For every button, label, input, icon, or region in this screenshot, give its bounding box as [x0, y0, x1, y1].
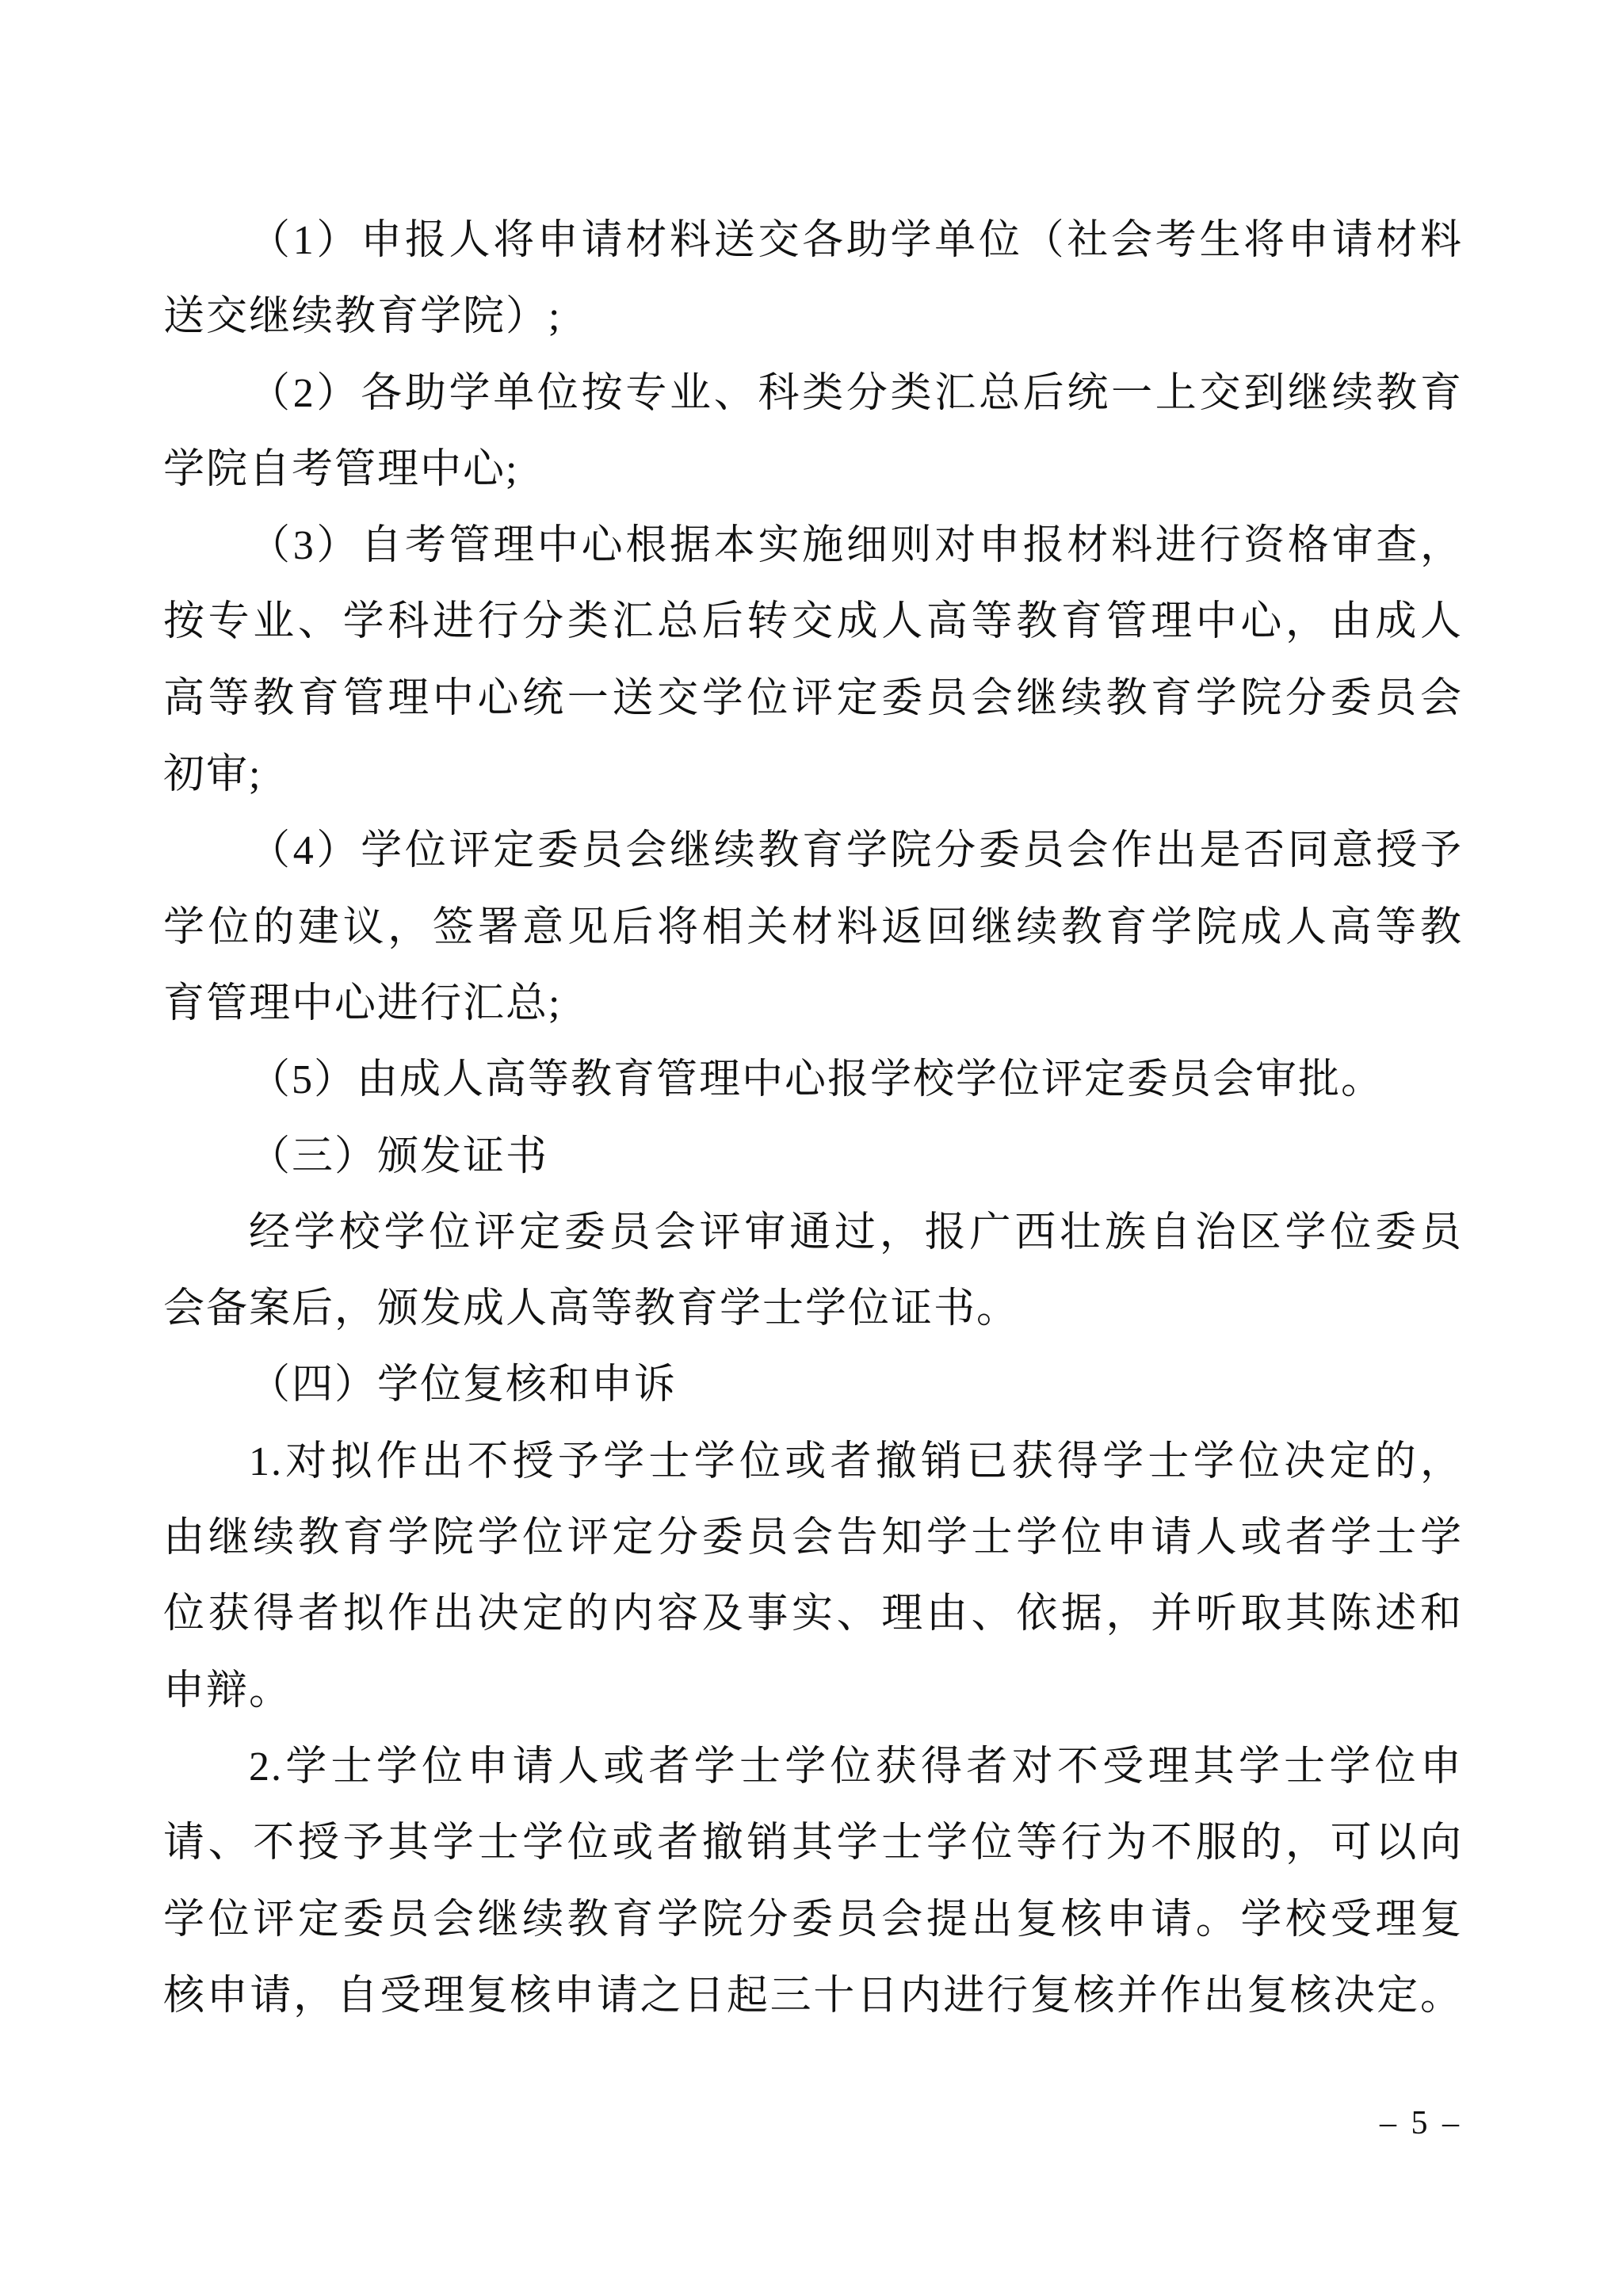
- text-line: （四）学位复核和申诉: [163, 1347, 1463, 1423]
- text-line: 经学校学位评定委员会评审通过，报广西壮族自治区学位委员: [163, 1195, 1463, 1271]
- page-number: – 5 –: [1380, 2104, 1462, 2142]
- text-line: 学位的建议，签署意见后将相关材料返回继续教育学院成人高等教: [163, 890, 1463, 966]
- text-line: 位获得者拟作出决定的内容及事实、理由、依据，并听取其陈述和: [163, 1576, 1463, 1652]
- text-line: （5）由成人高等教育管理中心报学校学位评定委员会审批。: [163, 1042, 1463, 1118]
- text-line: （1）申报人将申请材料送交各助学单位（社会考生将申请材料: [163, 203, 1463, 279]
- text-line: 送交继续教育学院）;: [163, 279, 1463, 355]
- document-body: （1）申报人将申请材料送交各助学单位（社会考生将申请材料 送交继续教育学院）; …: [163, 203, 1463, 2034]
- text-line: 育管理中心进行汇总;: [163, 966, 1463, 1042]
- document-page: （1）申报人将申请材料送交各助学单位（社会考生将申请材料 送交继续教育学院）; …: [0, 0, 1623, 2296]
- text-line: （三）颁发证书: [163, 1119, 1463, 1195]
- text-line: 学位评定委员会继续教育学院分委员会提出复核申请。学校受理复: [163, 1882, 1463, 1958]
- text-line: 学院自考管理中心;: [163, 432, 1463, 508]
- text-line: 会备案后，颁发成人高等教育学士学位证书。: [163, 1271, 1463, 1347]
- text-line: 核申请，自受理复核申请之日起三十日内进行复核并作出复核决定。: [163, 1958, 1463, 2034]
- text-line: 请、不授予其学士学位或者撤销其学士学位等行为不服的，可以向: [163, 1805, 1463, 1881]
- text-line: （3）自考管理中心根据本实施细则对申报材料进行资格审查，: [163, 508, 1463, 584]
- text-line: （2）各助学单位按专业、科类分类汇总后统一上交到继续教育: [163, 356, 1463, 432]
- text-line: 按专业、学科进行分类汇总后转交成人高等教育管理中心，由成人: [163, 584, 1463, 660]
- text-line: 由继续教育学院学位评定分委员会告知学士学位申请人或者学士学: [163, 1500, 1463, 1576]
- text-line: 1.对拟作出不授予学士学位或者撤销已获得学士学位决定的，: [163, 1424, 1463, 1500]
- text-line: （4）学位评定委员会继续教育学院分委员会作出是否同意授予: [163, 813, 1463, 889]
- text-line: 初审;: [163, 737, 1463, 813]
- text-line: 2.学士学位申请人或者学士学位获得者对不受理其学士学位申: [163, 1729, 1463, 1805]
- text-line: 高等教育管理中心统一送交学位评定委员会继续教育学院分委员会: [163, 661, 1463, 737]
- text-line: 申辩。: [163, 1653, 1463, 1729]
